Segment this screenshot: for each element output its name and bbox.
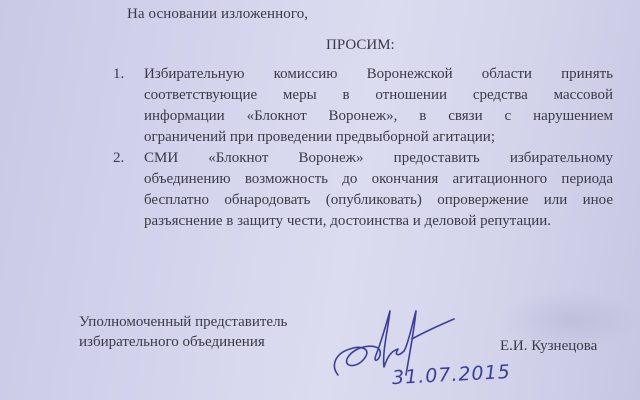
request-heading: ПРОСИМ:	[326, 37, 395, 54]
item-line: бесплатно обнародовать (опубликовать) оп…	[144, 190, 613, 211]
item-number: 2.	[113, 148, 124, 169]
document-page: На основании изложенного, ПРОСИМ: 1. Изб…	[0, 0, 640, 400]
list-item: 2. СМИ «Блокнот Воронеж» предоставить из…	[113, 148, 613, 232]
list-item: 1. Избирательную комиссию Воронежской об…	[113, 64, 613, 148]
item-line: объединению возможность до окончания аги…	[144, 169, 613, 190]
intro-text: На основании изложенного,	[127, 6, 308, 23]
signer-title-line: избирательного объединения	[79, 332, 287, 352]
signer-title: Уполномоченный представитель избирательн…	[79, 312, 287, 352]
item-line: Избирательную комиссию Воронежской облас…	[144, 64, 613, 85]
request-list: 1. Избирательную комиссию Воронежской об…	[113, 64, 613, 232]
item-number: 1.	[113, 64, 124, 85]
item-line: соответствующие меры в отношении средств…	[144, 85, 613, 106]
signer-title-line: Уполномоченный представитель	[79, 312, 287, 332]
item-line: информации «Блокнот Воронеж», в связи с …	[144, 106, 613, 127]
item-line: СМИ «Блокнот Воронеж» предоставить избир…	[144, 148, 613, 169]
signer-name: Е.И. Кузнецова	[500, 338, 597, 355]
item-line: разъяснение в защиту чести, достоинства …	[144, 211, 613, 232]
item-line: ограничений при проведении предвыборной …	[144, 127, 613, 148]
